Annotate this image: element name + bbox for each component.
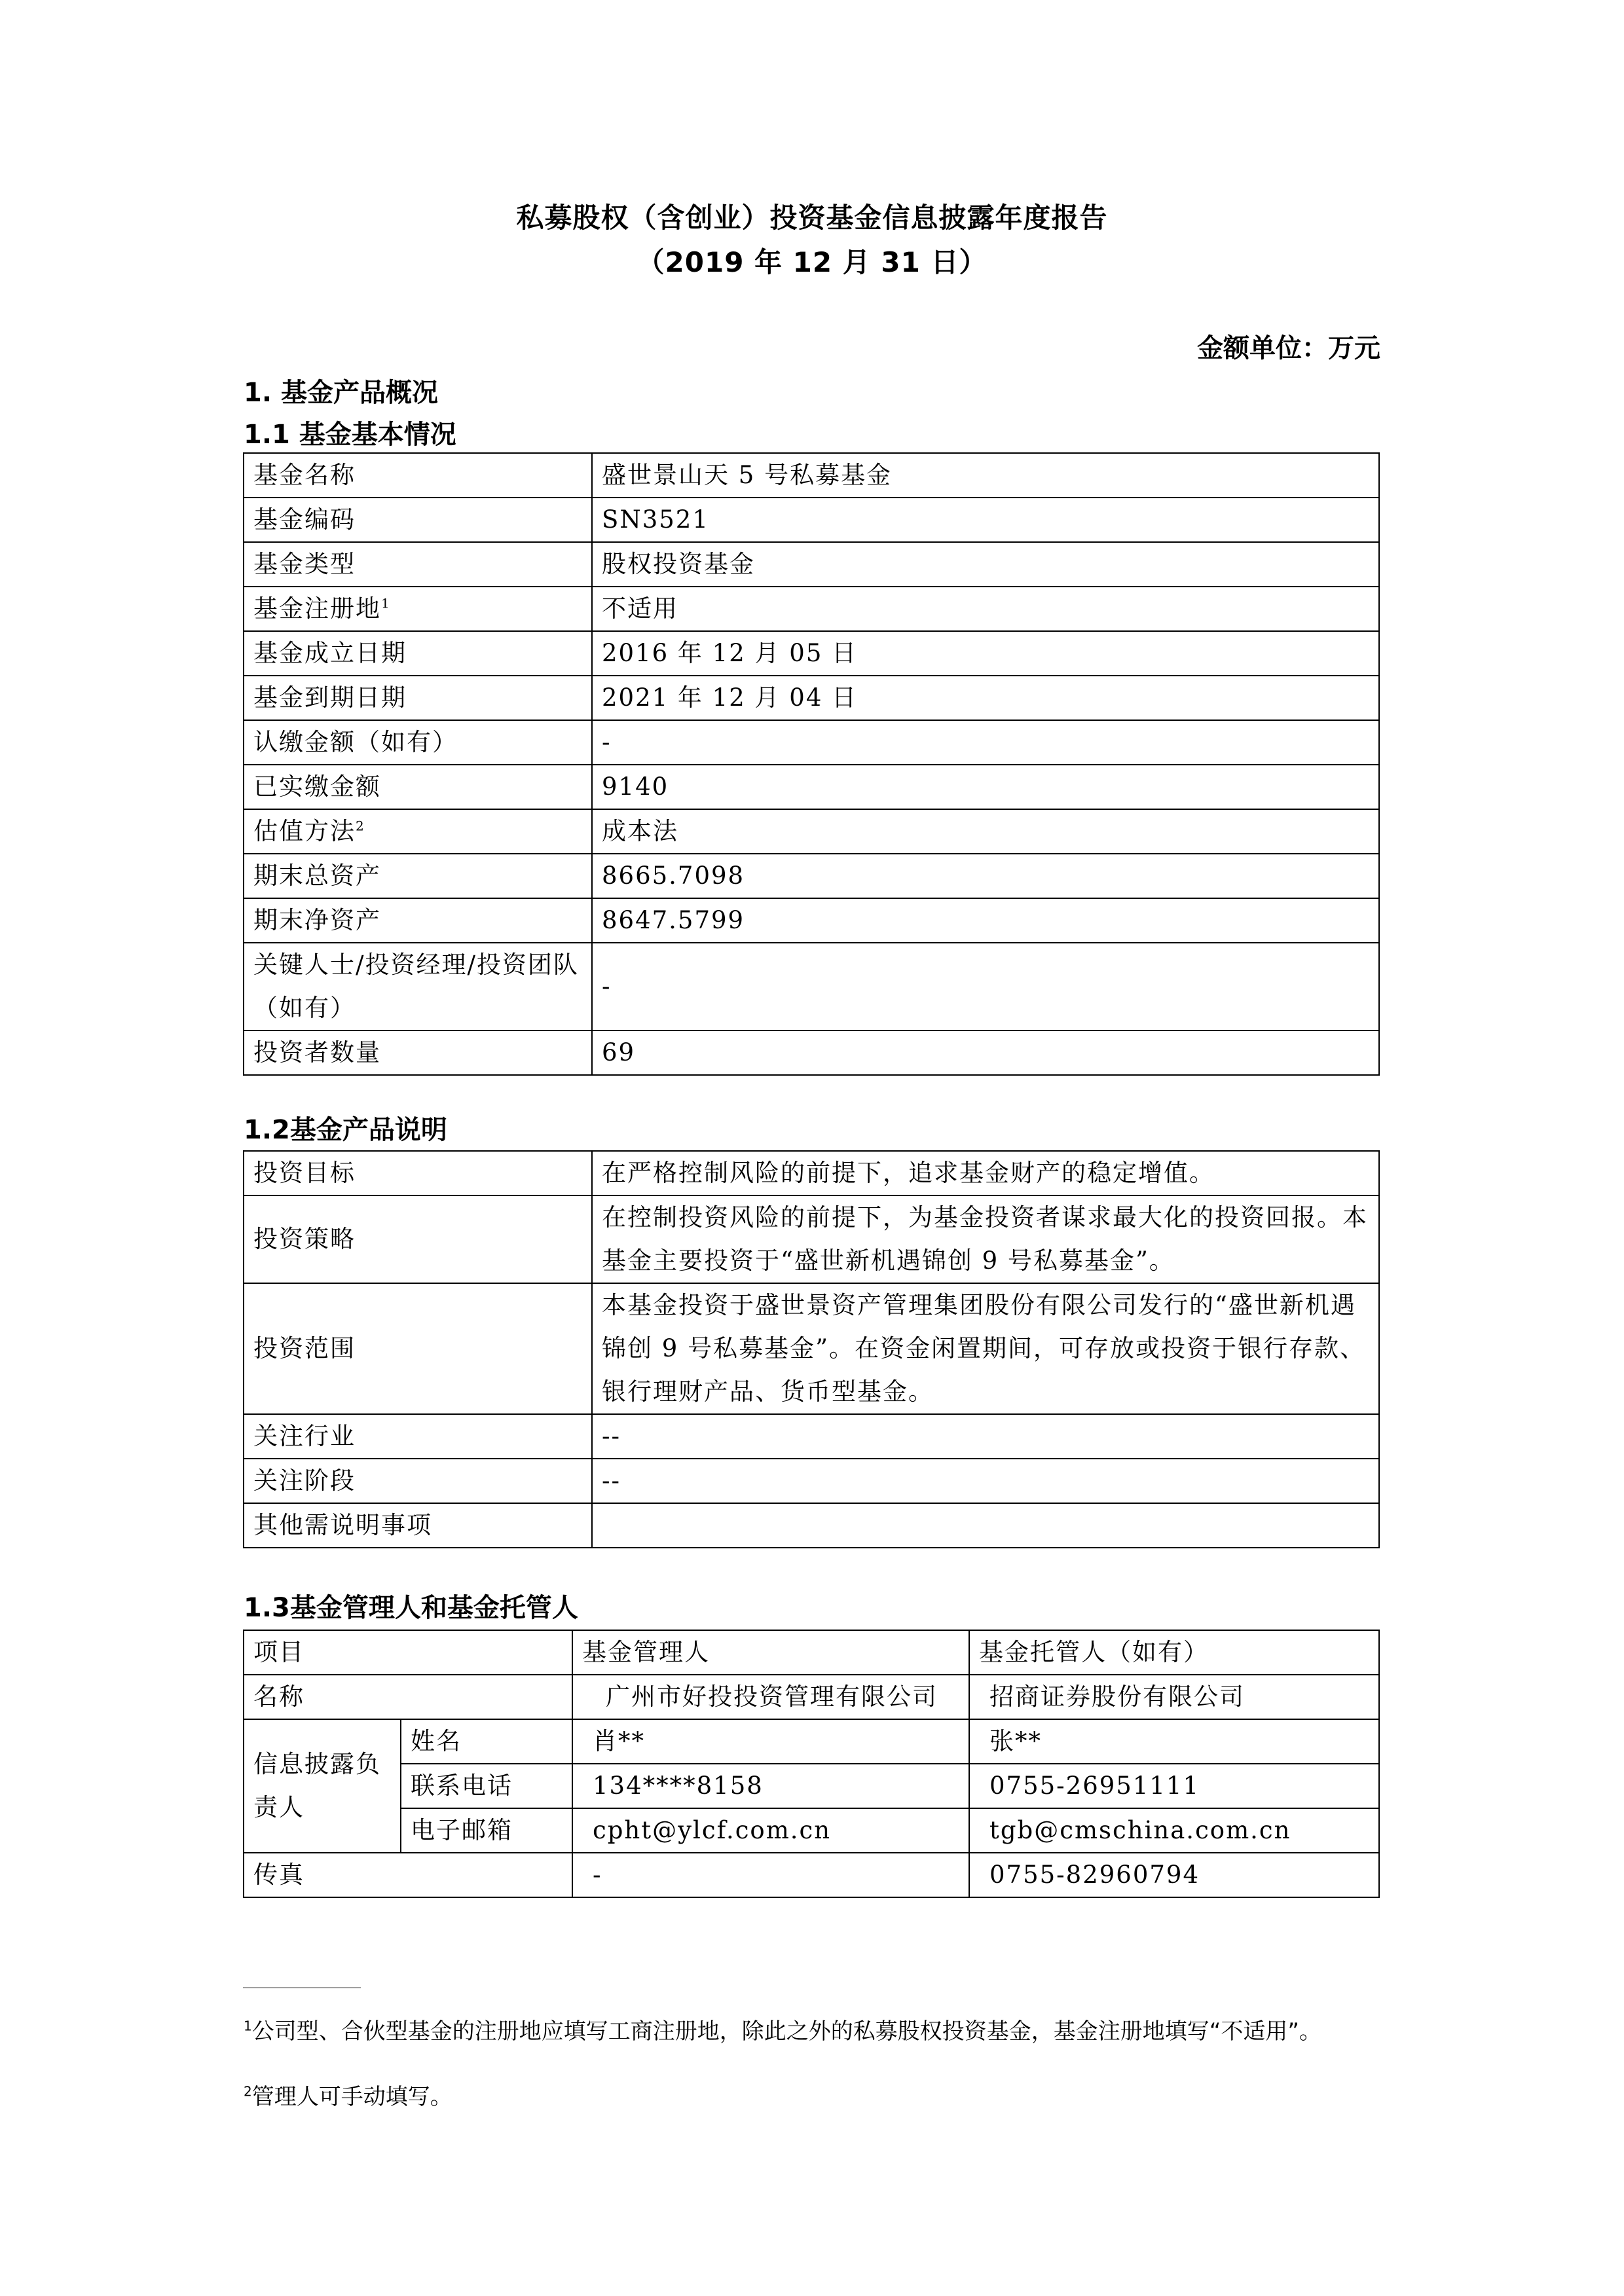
table-row: 关键人士/投资经理/投资团队（如有） -	[244, 943, 1379, 1030]
row-value: 在控制投资风险的前提下，为基金投资者谋求最大化的投资回报。本基金主要投资于“盛世…	[592, 1195, 1379, 1283]
footnote-1: 1公司型、合伙型基金的注册地应填写工商注册地，除此之外的私募股权投资基金，基金注…	[244, 2015, 1383, 2048]
row-value: 8665.7098	[592, 854, 1379, 898]
row-label: 名称	[244, 1675, 572, 1719]
report-date: （2019 年 12 月 31 日）	[0, 241, 1624, 280]
table-row: 估值方法2 成本法	[244, 809, 1379, 854]
row-label: 基金到期日期	[244, 676, 592, 720]
row-label: 姓名	[401, 1719, 572, 1764]
row-label: 投资范围	[244, 1283, 592, 1414]
table-row: 电子邮箱 cpht@ylcf.com.cn tgb@cmschina.com.c…	[244, 1808, 1379, 1853]
column-header-manager: 基金管理人	[572, 1630, 969, 1675]
table-row: 关注行业 --	[244, 1414, 1379, 1459]
table-row: 基金名称 盛世景山天 5 号私募基金	[244, 453, 1379, 498]
report-title: 私募股权（含创业）投资基金信息披露年度报告	[0, 196, 1624, 236]
row-label: 基金类型	[244, 542, 592, 587]
manager-contact-name: 肖**	[572, 1719, 969, 1764]
footnote-mark: 2	[244, 2084, 252, 2100]
row-label: 投资策略	[244, 1195, 592, 1283]
row-value: -	[592, 943, 1379, 1030]
fund-description-table: 投资目标 在严格控制风险的前提下，追求基金财产的稳定增值。 投资策略 在控制投资…	[243, 1150, 1380, 1548]
disclosure-officer-label: 信息披露负责人	[244, 1719, 401, 1853]
section-heading-1-3: 1.3基金管理人和基金托管人	[244, 1587, 578, 1624]
table-row: 基金到期日期 2021 年 12 月 04 日	[244, 676, 1379, 720]
manager-custodian-table: 项目 基金管理人 基金托管人（如有） 名称 广州市好投投资管理有限公司 招商证券…	[243, 1630, 1380, 1898]
row-label: 关注阶段	[244, 1459, 592, 1503]
row-label: 期末净资产	[244, 898, 592, 943]
row-value: 成本法	[592, 809, 1379, 854]
row-value: -	[592, 720, 1379, 765]
row-value: 69	[592, 1030, 1379, 1075]
row-label: 传真	[244, 1853, 572, 1897]
row-label: 投资目标	[244, 1151, 592, 1195]
row-label: 估值方法2	[244, 809, 592, 854]
row-value: 股权投资基金	[592, 542, 1379, 587]
footnote-ref[interactable]: 1	[381, 596, 391, 611]
custodian-phone: 0755-26951111	[969, 1764, 1379, 1808]
table-row: 关注阶段 --	[244, 1459, 1379, 1503]
footnote-mark: 1	[244, 2018, 252, 2034]
custodian-contact-name: 张**	[969, 1719, 1379, 1764]
row-label: 认缴金额（如有）	[244, 720, 592, 765]
column-header-item: 项目	[244, 1630, 572, 1675]
table-row: 传真 - 0755-82960794	[244, 1853, 1379, 1897]
row-value: 盛世景山天 5 号私募基金	[592, 453, 1379, 498]
row-label: 基金名称	[244, 453, 592, 498]
row-value: SN3521	[592, 498, 1379, 542]
table-row: 已实缴金额 9140	[244, 765, 1379, 809]
table-row: 认缴金额（如有） -	[244, 720, 1379, 765]
table-row: 名称 广州市好投投资管理有限公司 招商证券股份有限公司	[244, 1675, 1379, 1719]
row-value: 在严格控制风险的前提下，追求基金财产的稳定增值。	[592, 1151, 1379, 1195]
section-heading-1-1: 1.1 基金基本情况	[244, 414, 456, 451]
table-row: 期末总资产 8665.7098	[244, 854, 1379, 898]
row-value: 2021 年 12 月 04 日	[592, 676, 1379, 720]
manager-name: 广州市好投投资管理有限公司	[572, 1675, 969, 1719]
footnote-divider	[243, 1987, 361, 1988]
row-value: 9140	[592, 765, 1379, 809]
section-heading-1: 1. 基金产品概况	[244, 372, 438, 409]
row-label: 基金成立日期	[244, 631, 592, 676]
column-header-custodian: 基金托管人（如有）	[969, 1630, 1379, 1675]
row-label: 其他需说明事项	[244, 1503, 592, 1548]
row-label: 关注行业	[244, 1414, 592, 1459]
row-label: 基金编码	[244, 498, 592, 542]
table-row: 基金编码 SN3521	[244, 498, 1379, 542]
row-value: 本基金投资于盛世景资产管理集团股份有限公司发行的“盛世新机遇锦创 9 号私募基金…	[592, 1283, 1379, 1414]
row-value: 不适用	[592, 587, 1379, 631]
row-label: 电子邮箱	[401, 1808, 572, 1853]
custodian-fax: 0755-82960794	[969, 1853, 1379, 1897]
row-value: --	[592, 1459, 1379, 1503]
table-row: 投资范围 本基金投资于盛世景资产管理集团股份有限公司发行的“盛世新机遇锦创 9 …	[244, 1283, 1379, 1414]
footnote-ref[interactable]: 2	[356, 818, 365, 834]
table-header-row: 项目 基金管理人 基金托管人（如有）	[244, 1630, 1379, 1675]
fund-basic-info-table: 基金名称 盛世景山天 5 号私募基金 基金编码 SN3521 基金类型 股权投资…	[243, 452, 1380, 1076]
table-row: 信息披露负责人 姓名 肖** 张**	[244, 1719, 1379, 1764]
row-value	[592, 1503, 1379, 1548]
table-row: 基金成立日期 2016 年 12 月 05 日	[244, 631, 1379, 676]
table-row: 投资者数量 69	[244, 1030, 1379, 1075]
footnote-2: 2管理人可手动填写。	[244, 2081, 1383, 2113]
row-label: 投资者数量	[244, 1030, 592, 1075]
row-value: --	[592, 1414, 1379, 1459]
amount-unit: 金额单位：万元	[1197, 327, 1380, 365]
row-label: 期末总资产	[244, 854, 592, 898]
custodian-email[interactable]: tgb@cmschina.com.cn	[969, 1808, 1379, 1853]
row-value: 2016 年 12 月 05 日	[592, 631, 1379, 676]
row-label: 联系电话	[401, 1764, 572, 1808]
custodian-name: 招商证券股份有限公司	[969, 1675, 1379, 1719]
manager-email[interactable]: cpht@ylcf.com.cn	[572, 1808, 969, 1853]
row-label: 已实缴金额	[244, 765, 592, 809]
table-row: 投资策略 在控制投资风险的前提下，为基金投资者谋求最大化的投资回报。本基金主要投…	[244, 1195, 1379, 1283]
table-row: 联系电话 134****8158 0755-26951111	[244, 1764, 1379, 1808]
row-label: 基金注册地1	[244, 587, 592, 631]
table-row: 其他需说明事项	[244, 1503, 1379, 1548]
section-heading-1-2: 1.2基金产品说明	[244, 1109, 447, 1146]
row-label: 关键人士/投资经理/投资团队（如有）	[244, 943, 592, 1030]
row-value: 8647.5799	[592, 898, 1379, 943]
manager-phone: 134****8158	[572, 1764, 969, 1808]
table-row: 基金注册地1 不适用	[244, 587, 1379, 631]
manager-fax: -	[572, 1853, 969, 1897]
table-row: 基金类型 股权投资基金	[244, 542, 1379, 587]
table-row: 期末净资产 8647.5799	[244, 898, 1379, 943]
table-row: 投资目标 在严格控制风险的前提下，追求基金财产的稳定增值。	[244, 1151, 1379, 1195]
